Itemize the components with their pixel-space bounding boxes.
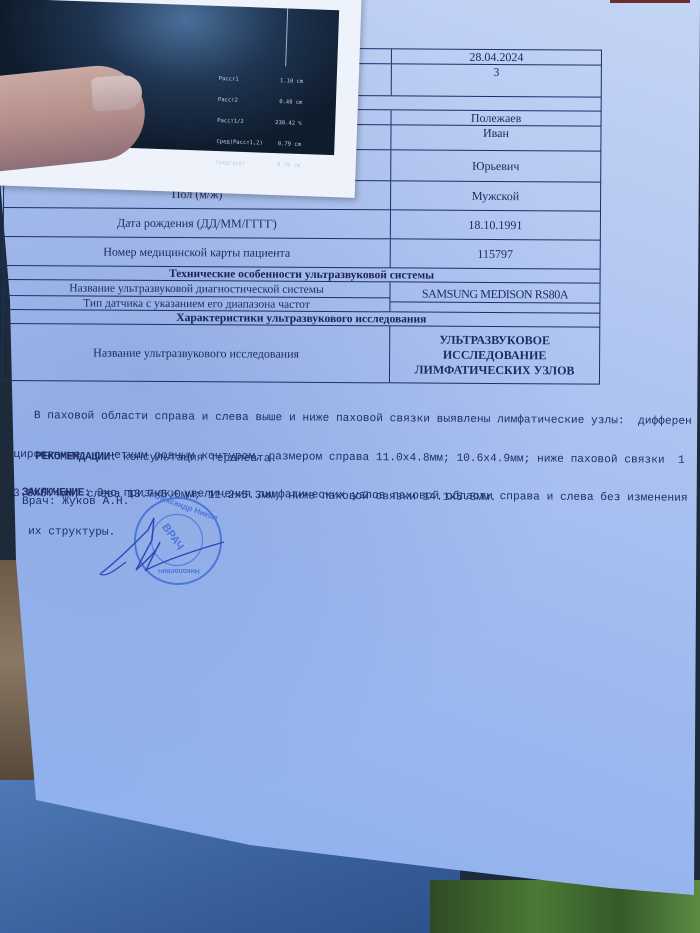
measurement-label: Расст2: [218, 97, 265, 106]
measurement-label: Сред(все): [216, 160, 263, 169]
measurement-label: Сред(Расст1,2): [216, 139, 263, 148]
medical-card-number: 115797: [391, 239, 600, 268]
measurement-value: 0.79 cm: [274, 162, 301, 170]
exam-name-line: УЛЬТРАЗВУКОВОЕ: [439, 332, 550, 348]
technical-values: SAMSUNG MEDISON RS80A: [390, 282, 599, 312]
patient-sex: Мужской: [391, 181, 600, 210]
ultrasound-caliper: [285, 8, 288, 66]
exam-date: 28.04.2024: [391, 49, 601, 64]
system-name-value: SAMSUNG MEDISON RS80A: [390, 282, 599, 303]
measurement-label: Расст1/2: [217, 118, 264, 127]
measurement-value: 230.42 %: [275, 120, 302, 128]
table-row: Дата рождения (ДД/ММ/ГГГГ) 18.10.1991: [3, 207, 601, 240]
ultrasound-measurement-values: 1.10 cm 0.48 cm 230.42 % 0.79 cm 0.79 cm: [273, 64, 304, 184]
doctor-signature-line: Врач: Жуков А.Н.: [22, 496, 129, 509]
patient-surname: Полежаев: [392, 110, 601, 125]
patient-birthdate: 18.10.1991: [391, 210, 600, 239]
probe-label: Тип датчика с указанием его диапазона ча…: [3, 296, 389, 311]
exam-name-line: ИССЛЕДОВАНИЕ: [443, 347, 547, 363]
table-row: Номер медицинской карты пациента 115797: [3, 236, 601, 269]
table-row: Название ультразвуковой диагностической …: [2, 279, 600, 313]
exam-number: 3: [391, 64, 601, 96]
handwritten-signature: [96, 510, 236, 582]
patient-patronymic: Юрьевич: [391, 150, 600, 181]
technical-labels: Название ультразвуковой диагностической …: [3, 280, 390, 311]
measurement-value: 0.48 cm: [276, 99, 303, 107]
birthdate-label: Дата рождения (ДД/ММ/ГГГГ): [4, 208, 391, 238]
patient-name: Иван: [391, 125, 600, 150]
measurement-label: Расст1: [219, 76, 266, 85]
probe-value: [390, 302, 599, 312]
table-row: Название ультразвукового исследования УЛ…: [2, 323, 600, 385]
ultrasound-measurement-labels: Расст1 Расст2 Расст1/2 Сред(Расст1,2) Ср…: [215, 62, 265, 183]
findings-line: В паховой области справа и слева выше и …: [14, 410, 692, 429]
exam-name-value: УЛЬТРАЗВУКОВОЕ ИССЛЕДОВАНИЕ ЛИМФАТИЧЕСКИ…: [390, 326, 599, 383]
measurement-value: 0.79 cm: [274, 141, 301, 149]
medical-card-label: Номер медицинской карты пациента: [4, 237, 391, 267]
measurement-value: 1.10 cm: [277, 78, 304, 86]
exam-name-label: Название ультразвукового исследования: [3, 324, 390, 382]
red-edge: [610, 0, 690, 3]
exam-name-line: ЛИМФАТИЧЕСКИХ УЗЛОВ: [415, 362, 575, 378]
